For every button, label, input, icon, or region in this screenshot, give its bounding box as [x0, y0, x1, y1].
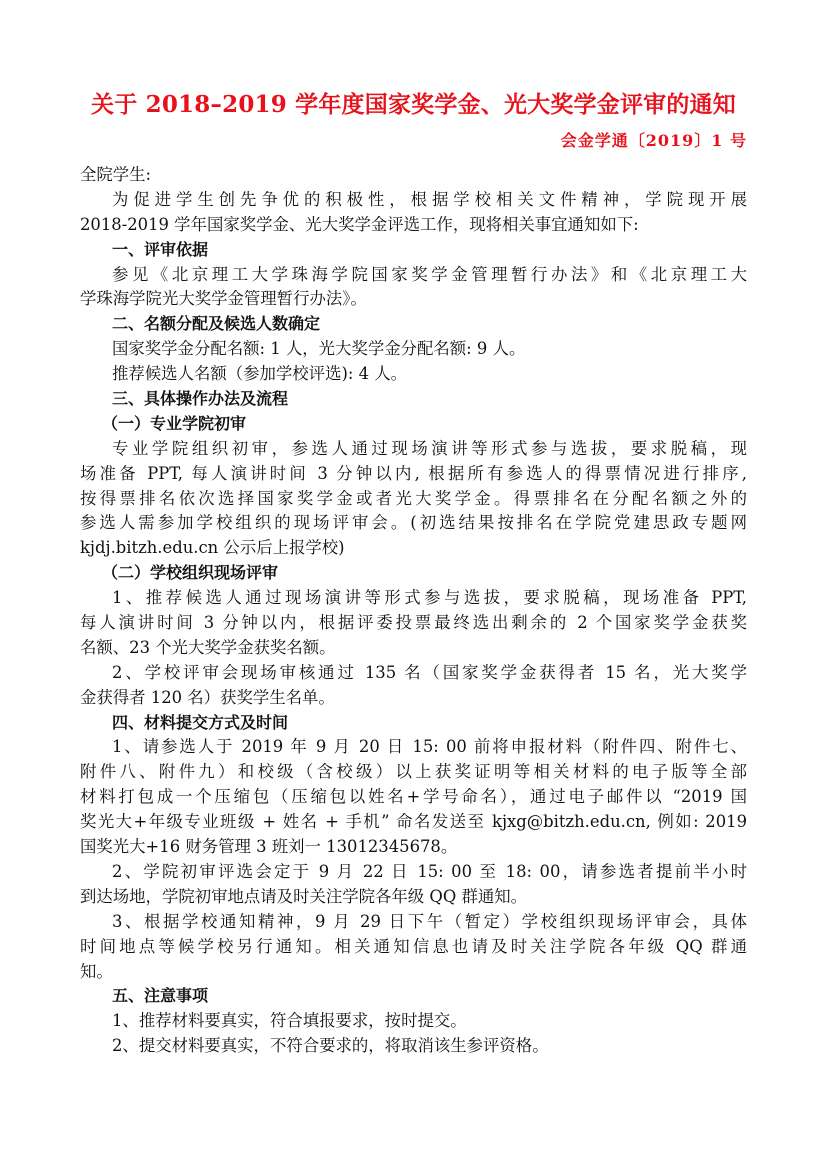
document-title: 关于 2018–2019 学年度国家奖学金、光大奖学金评审的通知	[80, 86, 747, 119]
subsection-heading-college-review: （一）专业学院初审	[80, 412, 747, 437]
section-heading-notes: 五、注意事项	[80, 984, 747, 1009]
paragraph-line: 到达场地，学院初审地点请及时关注学院各年级 QQ 群通知。	[80, 885, 747, 910]
document-number: 会金学通〔2019〕1 号	[561, 128, 747, 151]
paragraph-line: 推荐候选人名额（参加学校评选): 4 人。	[80, 362, 747, 387]
document-body: 全院学生: 为促进学生创先争优的积极性，根据学校相关文件精神，学院现开展 201…	[80, 163, 747, 1059]
paragraph-line: 场准备 PPT, 每人演讲时间 3 分钟以内, 根据所有参选人的得票情况进行排序…	[80, 462, 747, 487]
section-heading-quota: 二、名额分配及候选人数确定	[80, 312, 747, 337]
section-heading-submission: 四、材料提交方式及时间	[80, 711, 747, 736]
paragraph-line: 1、推荐材料要真实，符合填报要求，按时提交。	[80, 1009, 747, 1034]
paragraph-line: 参见《北京理工大学珠海学院国家奖学金管理暂行办法》和《北京理工大	[80, 263, 747, 288]
paragraph-line: 1、推荐候选人通过现场演讲等形式参与选拔，要求脱稿，现场准备 PPT,	[80, 586, 747, 611]
paragraph-line: 时间地点等候学校另行通知。相关通知信息也请及时关注学院各年级 QQ 群通	[80, 935, 747, 960]
paragraph-line: 1、请参选人于 2019 年 9 月 20 日 15: 00 前将申报材料（附件…	[80, 735, 747, 760]
paragraph-line: 金获得者 120 名）获奖学生名单。	[80, 686, 747, 711]
section-heading-procedure: 三、具体操作办法及流程	[80, 387, 747, 412]
paragraph-line: 知。	[80, 960, 747, 985]
intro-line: 2018-2019 学年国家奖学金、光大奖学金评选工作，现将相关事宜通知如下:	[80, 213, 747, 238]
section-heading-basis: 一、评审依据	[80, 238, 747, 263]
subsection-heading-school-review: （二）学校组织现场评审	[80, 561, 747, 586]
paragraph-line: 3、根据学校通知精神，9 月 29 日下午（暂定）学校组织现场评审会，具体	[80, 910, 747, 935]
intro-line: 为促进学生创先争优的积极性，根据学校相关文件精神，学院现开展	[80, 188, 747, 213]
paragraph-line: kjdj.bitzh.edu.cn 公示后上报学校)	[80, 536, 747, 561]
paragraph-line: 学珠海学院光大奖学金管理暂行办法》。	[80, 287, 747, 312]
paragraph-line: 2、学院初审评选会定于 9 月 22 日 15: 00 至 18: 00，请参选…	[80, 860, 747, 885]
paragraph-line: 2、提交材料要真实，不符合要求的，将取消该生参评资格。	[80, 1034, 747, 1059]
salutation: 全院学生:	[80, 163, 747, 188]
paragraph-line: 国奖光大+16 财务管理 3 班刘一 13012345678。	[80, 835, 747, 860]
paragraph-line: 2、学校评审会现场审核通过 135 名（国家奖学金获得者 15 名，光大奖学	[80, 661, 747, 686]
paragraph-line: 参选人需参加学校组织的现场评审会。(初选结果按排名在学院党建思政专题网	[80, 511, 747, 536]
paragraph-line: 材料打包成一个压缩包（压缩包以姓名+学号命名），通过电子邮件以 “2019 国	[80, 785, 747, 810]
paragraph-line: 国家奖学金分配名额: 1 人，光大奖学金分配名额: 9 人。	[80, 337, 747, 362]
paragraph-line: 名额、23 个光大奖学金获奖名额。	[80, 636, 747, 661]
paragraph-line: 附件八、附件九）和校级（含校级）以上获奖证明等相关材料的电子版等全部	[80, 760, 747, 785]
paragraph-line: 专业学院组织初审，参选人通过现场演讲等形式参与选拔，要求脱稿，现	[80, 437, 747, 462]
paragraph-line: 每人演讲时间 3 分钟以内，根据评委投票最终选出剩余的 2 个国家奖学金获奖	[80, 611, 747, 636]
paragraph-line: 奖光大+年级专业班级 + 姓名 + 手机” 命名发送至 kjxg@bitzh.e…	[80, 810, 747, 835]
paragraph-line: 按得票排名依次选择国家奖学金或者光大奖学金。得票排名在分配名额之外的	[80, 487, 747, 512]
